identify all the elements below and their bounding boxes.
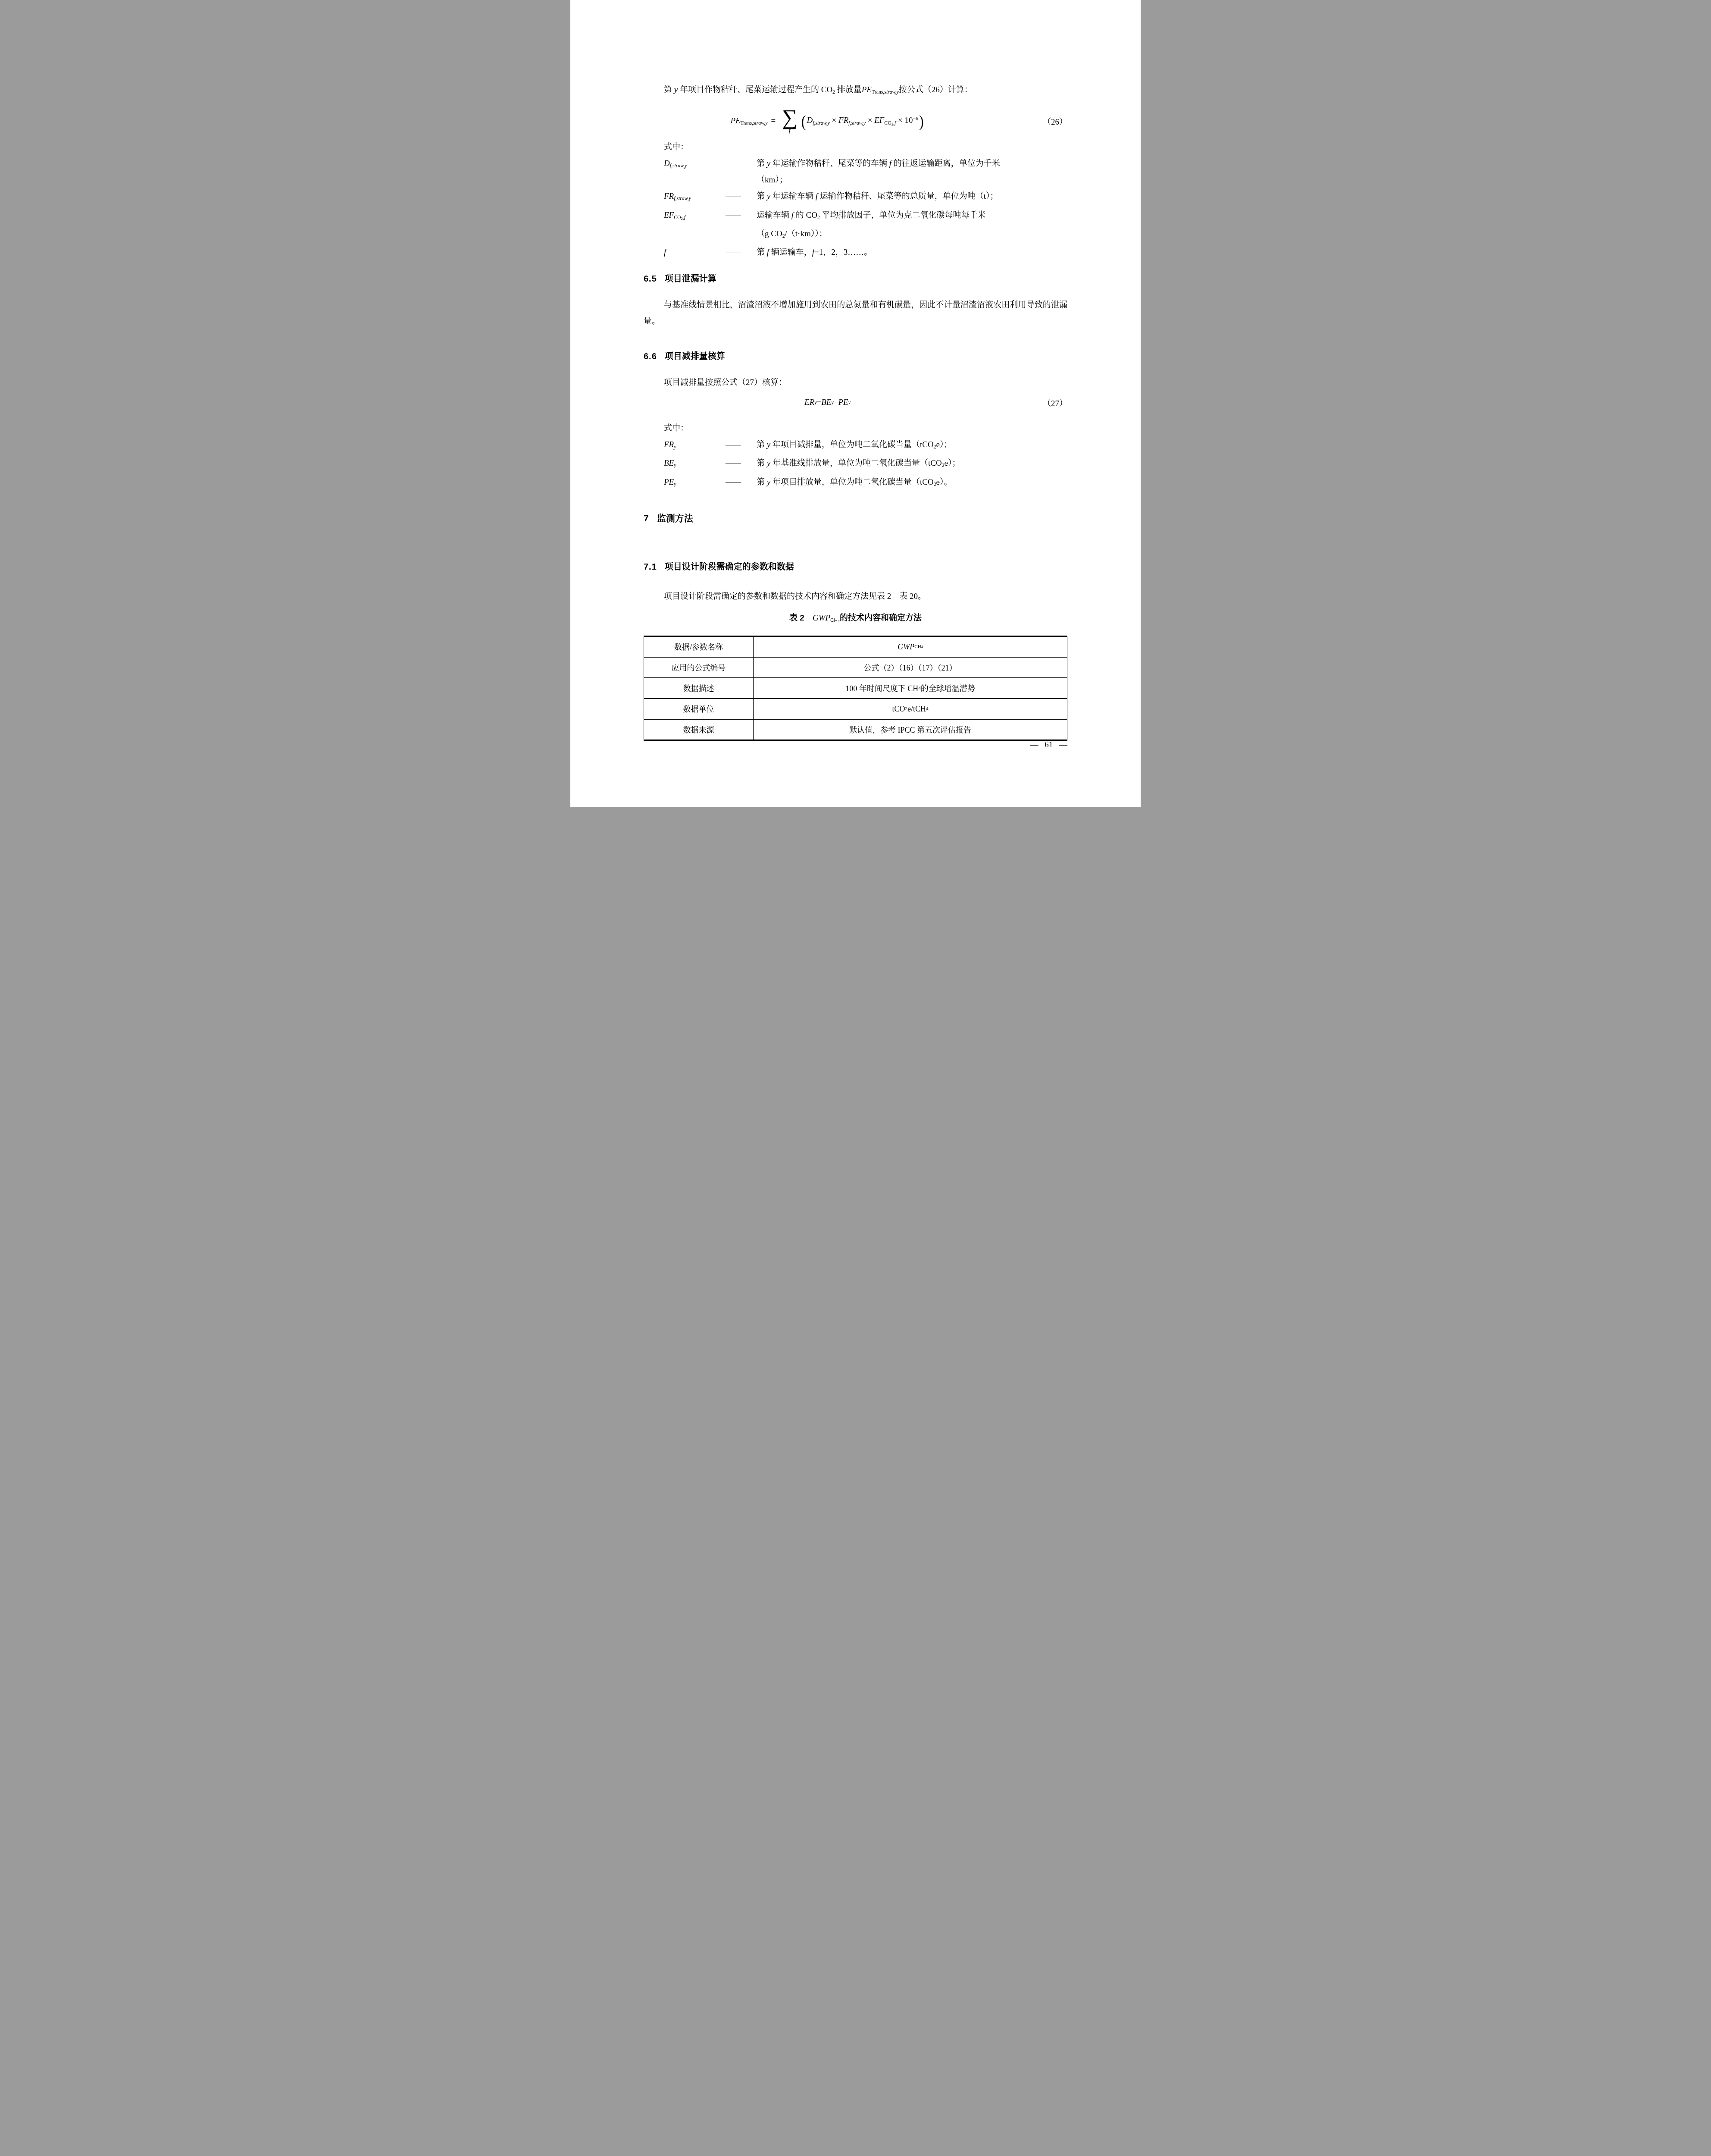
right-paren: ) — [919, 113, 924, 129]
definition-desc-line1: 第 y 年运输车辆 f 运输作物秸秆、尾菜等的总质量，单位为吨（t）； — [757, 188, 1067, 205]
definition-desc-line1: 第 y 年项目减排量，单位为吨二氧化碳当量（tCO2e）； — [757, 437, 1067, 455]
table-row-value: 公式（2）（16）（17）（21） — [754, 658, 1067, 677]
table-row-value: 默认值，参考 IPCC 第五次评估报告 — [754, 720, 1067, 740]
formula-26: PETrans,straw,y = ∑ f ( Df,straw,y × FRf… — [644, 103, 1067, 139]
page-number: — 61 — — [1030, 740, 1068, 750]
definition-desc-line1: 第 y 年项目排放量，单位为吨二氧化碳当量（tCO2e）。 — [757, 474, 1067, 493]
summation-symbol: ∑ f — [782, 108, 798, 134]
formula-26-lhs: PETrans,straw,y — [730, 116, 767, 126]
symbol-d: Df,straw,y — [664, 156, 726, 188]
definition-desc: 第 y 年项目减排量，单位为吨二氧化碳当量（tCO2e）； — [757, 437, 1067, 455]
definition-row-f: f —— 第 f 辆运输车，f=1，2，3……。 — [644, 244, 1067, 261]
table-row-label: 数据来源 — [644, 720, 754, 740]
formula-27: ERy = BEy − PEy （27） — [644, 395, 1067, 411]
definition-desc-line1: 第 y 年运输作物秸秆、尾菜等的车辆 f 的往返运输距离，单位为千米 — [757, 156, 1067, 172]
table-row-value: GWPCH4 — [754, 637, 1067, 657]
definitions-formula-26: Df,straw,y —— 第 y 年运输作物秸秆、尾菜等的车辆 f 的往返运输… — [644, 156, 1067, 261]
definition-row-be: BEy —— 第 y 年基准线排放量，单位为吨二氧化碳当量（tCO2e）； — [644, 455, 1067, 474]
section-heading-6-6: 6.6项目减排量核算 — [644, 351, 1067, 363]
definition-dash: —— — [726, 156, 757, 188]
section-number: 6.5 — [644, 274, 657, 284]
section-number: 7 — [644, 514, 649, 523]
left-paren: ( — [801, 113, 806, 129]
table-row-data-source: 数据来源 默认值，参考 IPCC 第五次评估报告 — [644, 720, 1067, 740]
table-row-label: 数据单位 — [644, 699, 754, 719]
symbol-be: BEy — [664, 455, 726, 474]
definition-desc: 第 y 年运输作物秸秆、尾菜等的车辆 f 的往返运输距离，单位为千米 （km）； — [757, 156, 1067, 188]
definition-desc-line1: 运输车辆 f 的 CO2 平均排放因子，单位为克二氧化碳每吨每千米 — [757, 207, 1067, 226]
definition-row-pe: PEy —— 第 y 年项目排放量，单位为吨二氧化碳当量（tCO2e）。 — [644, 474, 1067, 493]
formula-27-expression: ERy = BEy − PEy — [804, 398, 851, 407]
section-title: 监测方法 — [657, 514, 693, 523]
definition-dash: —— — [726, 474, 757, 493]
definition-desc-line2: （g CO2/（t·km））； — [757, 226, 1067, 244]
paragraph-6-6: 项目减排量按照公式（27）核算： — [644, 375, 1067, 391]
definition-row-ef: EFCO2,f —— 运输车辆 f 的 CO2 平均排放因子，单位为克二氧化碳每… — [644, 207, 1067, 245]
table-row-formula-numbers: 应用的公式编号 公式（2）（16）（17）（21） — [644, 658, 1067, 678]
section-title: 项目设计阶段需确定的参数和数据 — [665, 562, 794, 572]
definition-row-er: ERy —— 第 y 年项目减排量，单位为吨二氧化碳当量（tCO2e）； — [644, 437, 1067, 455]
definition-dash: —— — [726, 455, 757, 474]
definition-desc-line1: 第 f 辆运输车，f=1，2，3……。 — [757, 244, 1067, 261]
table-row-data-unit: 数据单位 tCO2e/tCH4 — [644, 699, 1067, 720]
definition-desc: 第 y 年基准线排放量，单位为吨二氧化碳当量（tCO2e）； — [757, 455, 1067, 474]
section-number: 7.1 — [644, 562, 657, 572]
definition-dash: —— — [726, 207, 757, 245]
section-title: 项目泄漏计算 — [665, 274, 716, 284]
definition-row-d: Df,straw,y —— 第 y 年运输作物秸秆、尾菜等的车辆 f 的往返运输… — [644, 156, 1067, 188]
formula-26-expression: PETrans,straw,y = ∑ f ( Df,straw,y × FRf… — [730, 108, 924, 134]
section-heading-7: 7监测方法 — [644, 512, 1067, 526]
where-label-27: 式中： — [644, 420, 1067, 437]
definition-desc: 第 f 辆运输车，f=1，2，3……。 — [757, 244, 1067, 261]
sigma-index: f — [789, 128, 791, 134]
section-heading-6-5: 6.5项目泄漏计算 — [644, 273, 1067, 285]
definition-desc: 运输车辆 f 的 CO2 平均排放因子，单位为克二氧化碳每吨每千米 （g CO2… — [757, 207, 1067, 245]
definition-dash: —— — [726, 437, 757, 455]
table-row-value: 100 年时间尺度下 CH4 的全球增温潜势 — [754, 678, 1067, 698]
section-title: 项目减排量核算 — [665, 352, 725, 361]
definition-desc-line2: （km）； — [757, 172, 1067, 188]
paragraph-7-1: 项目设计阶段需确定的参数和数据的技术内容和确定方法见表 2—表 20。 — [644, 589, 1067, 605]
table-row-data-description: 数据描述 100 年时间尺度下 CH4 的全球增温潜势 — [644, 678, 1067, 699]
symbol-ef: EFCO2,f — [664, 207, 726, 245]
definition-row-fr: FRf,straw,y —— 第 y 年运输车辆 f 运输作物秸秆、尾菜等的总质… — [644, 188, 1067, 207]
equation-number-26: （26） — [1043, 116, 1067, 127]
table-row-param-name: 数据/参数名称 GWPCH4 — [644, 637, 1067, 658]
definition-dash: —— — [726, 244, 757, 261]
definitions-formula-27: ERy —— 第 y 年项目减排量，单位为吨二氧化碳当量（tCO2e）； BEy… — [644, 437, 1067, 493]
paragraph-transport-emission-intro: 第 y 年项目作物秸秆、尾菜运输过程产生的 CO2 排放量PETrans,str… — [644, 0, 1067, 100]
definition-dash: —— — [726, 188, 757, 207]
section-number: 6.6 — [644, 352, 657, 361]
formula-26-body: Df,straw,y × FRf,straw,y × EFCO2,f × 10−… — [807, 116, 918, 126]
equation-number-27: （27） — [1043, 397, 1067, 409]
symbol-fr: FRf,straw,y — [664, 188, 726, 207]
table-row-value: tCO2e/tCH4 — [754, 699, 1067, 719]
table-row-label: 应用的公式编号 — [644, 658, 754, 677]
document-page: 第 y 年项目作物秸秆、尾菜运输过程产生的 CO2 排放量PETrans,str… — [570, 0, 1141, 807]
table-2-caption: 表 2 GWPCH4的技术内容和确定方法 — [644, 612, 1067, 628]
symbol-f: f — [664, 244, 726, 261]
definition-desc: 第 y 年项目排放量，单位为吨二氧化碳当量（tCO2e）。 — [757, 474, 1067, 493]
section-heading-7-1: 7.1项目设计阶段需确定的参数和数据 — [644, 561, 1067, 573]
symbol-er: ERy — [664, 437, 726, 455]
definition-desc-line1: 第 y 年基准线排放量，单位为吨二氧化碳当量（tCO2e）； — [757, 455, 1067, 474]
symbol-pe: PEy — [664, 474, 726, 493]
table-row-label: 数据/参数名称 — [644, 637, 754, 657]
where-label-26: 式中： — [644, 139, 1067, 156]
equals-sign: = — [771, 116, 776, 126]
table-row-label: 数据描述 — [644, 678, 754, 698]
table-2: 数据/参数名称 GWPCH4 应用的公式编号 公式（2）（16）（17）（21）… — [644, 636, 1067, 741]
sigma-glyph: ∑ — [782, 108, 798, 126]
paragraph-6-5: 与基准线情景相比，沼渣沼液不增加施用到农田的总氮量和有机碳量，因此不计量沼渣沼液… — [644, 297, 1067, 330]
definition-desc: 第 y 年运输车辆 f 运输作物秸秆、尾菜等的总质量，单位为吨（t）； — [757, 188, 1067, 207]
